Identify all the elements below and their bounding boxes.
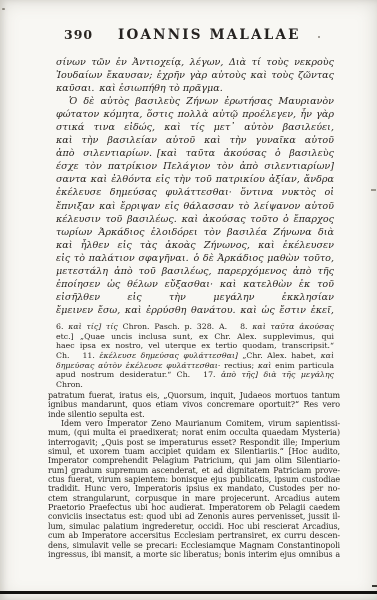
apparatus-line: Ch.11. ἐκέλευσε δημεύσας φυλάττεσθαι] „C… bbox=[56, 351, 334, 361]
text-segment: conviciis insectatus est: quod ubi ad Ze… bbox=[48, 512, 340, 521]
text-segment: simul, et uxorem tuam accipiet quidam ex… bbox=[48, 447, 340, 456]
text-segment: 17. bbox=[203, 370, 221, 379]
text-segment: φώτατον κόμητα, ὅστις πολλὰ αὐτῷ προέλεγ… bbox=[56, 109, 334, 121]
greek-line: ἀπὸ σιλεντιαρίων. [καὶ ταῦτα ἀκούσας ὁ β… bbox=[56, 147, 334, 160]
greek-line: εἰσῆλθεν εἰς τὴν μεγάλην ἐκκλησίαν Κωνστ… bbox=[56, 291, 334, 304]
text-segment: ἐκέλευσε δημεύσας φυλάττεσθαι· ὅντινα νυ… bbox=[56, 187, 334, 199]
text-segment: καὶ ἦλθεν εἰς τὰς ἀκοὰς Ζήνωνος, καὶ ἐκέ… bbox=[56, 240, 334, 252]
latin-line: ctem strangularunt, corpusque in mare pr… bbox=[48, 494, 340, 503]
text-segment: 8. bbox=[240, 322, 252, 331]
scan-speck bbox=[160, 36, 162, 38]
text-segment: ἔμεινεν ἔσω, καὶ ἐρρύσθη θανάτου. καὶ ὡς… bbox=[56, 305, 334, 317]
text-segment: enim particula bbox=[275, 361, 334, 370]
book-page: 390 IOANNIS MALALAE σίνων τῶν ἐν Ἀντιοχε… bbox=[0, 0, 377, 600]
text-segment: haec ipsa ex nostro, vel uterque ex tert… bbox=[56, 341, 334, 350]
greek-line: σίνων τῶν ἐν Ἀντιοχείᾳ, λέγων, Διὰ τί το… bbox=[56, 56, 334, 69]
text-segment: lum, simulac palatium ingrederetur, occi… bbox=[48, 522, 340, 531]
critical-apparatus-block: 6. καὶ τίς] τίς Chron. Pasch. p. 328. A.… bbox=[56, 322, 334, 390]
text-segment: ctem strangularunt, corpusque in mare pr… bbox=[48, 494, 340, 503]
text-segment: mum, (qui multa ei praedixerat; norat en… bbox=[48, 428, 340, 437]
text-segment: inde silentio sepulta est. bbox=[48, 410, 145, 419]
text-segment: ἐποίησεν ὡς θέλων εὔξασθαι· καὶ κατελθὼν… bbox=[56, 279, 334, 291]
text-segment: καὶ bbox=[321, 351, 334, 360]
latin-line: patratum fuerat, iratus eis, „Quorsum, i… bbox=[48, 391, 340, 400]
greek-line: καὶ τὴν βασιλείαν αὐτοῦ καὶ τὴν γυναῖκα … bbox=[56, 134, 334, 147]
latin-line: lum, simulac palatium ingrederetur, occi… bbox=[48, 522, 340, 531]
latin-line: dens, simulavit velle se precari: Eccles… bbox=[48, 541, 340, 550]
text-segment: 6. bbox=[56, 322, 68, 331]
greek-line: Ὁ δὲ αὐτὸς βασιλεὺς Ζήνων ἐρωτήσας Μαυρι… bbox=[56, 95, 334, 108]
text-segment: supplevimus, qui bbox=[257, 332, 334, 341]
text-segment: καῦσαι. καὶ ἐσιωπήθη τὸ πρᾶγμα. bbox=[56, 83, 223, 94]
text-segment: „Chr. Alex. habet, bbox=[242, 351, 320, 360]
text-segment: εἰσῆλθεν εἰς τὴν μεγάλην ἐκκλησίαν Κωνστ… bbox=[56, 292, 334, 304]
latin-line: inde silentio sepulta est. bbox=[48, 410, 340, 419]
text-segment: Chron. bbox=[56, 380, 83, 389]
apparatus-line: haec ipsa ex nostro, vel uterque ex tert… bbox=[56, 341, 334, 351]
apparatus-line: 6. καὶ τίς] τίς Chron. Pasch. p. 328. A.… bbox=[56, 322, 334, 332]
text-segment: interrogavit; „Quis post se imperaturus … bbox=[48, 438, 340, 447]
text-segment: rectius; bbox=[224, 361, 258, 370]
latin-line: ctus fuerat, virum sapientem: bonisque e… bbox=[48, 475, 340, 484]
text-segment: καὶ ταῦτα ἀκούσας bbox=[252, 322, 334, 331]
greek-line: ἔπνιξαν καὶ ἔρριψαν εἰς θάλασσαν τὸ λείψ… bbox=[56, 200, 334, 213]
text-segment: στικά τινα εἰδώς, καὶ τίς μετ᾽ αὐτὸν βασ… bbox=[56, 122, 334, 134]
greek-line: Ἰουδαίων ἔκαυσαν; ἐχρῆν γὰρ αὐτοὺς καὶ τ… bbox=[56, 69, 334, 82]
text-segment: Ὁ δὲ αὐτὸς βασιλεὺς Ζήνων ἐρωτήσας Μαυρι… bbox=[56, 96, 334, 108]
text-segment: Praetorio Praefectus ubi hoc audierat. I… bbox=[48, 503, 340, 512]
text-segment: σαντα καὶ ἐλθόντα εἰς τὴν τοῦ πατρικίου … bbox=[56, 174, 334, 186]
text-segment: cum ab Imperatore accersitus Ecclesiam p… bbox=[48, 531, 340, 540]
latin-line: ignibus mandarunt, quos etiam vivos conc… bbox=[48, 400, 340, 409]
text-segment: rum] gradum supremum ascenderat, et ad d… bbox=[48, 466, 340, 475]
text-segment: εἰς τὸ παλάτιον σφαγῆναι. ὁ δὲ Ἀρκάδιος … bbox=[56, 253, 334, 265]
apparatus-line: apud nostrum desideratur.“ Ch.17. ἀπὸ τῆ… bbox=[56, 370, 334, 380]
greek-line: ἔμεινεν ἔσω, καὶ ἐρρύσθη θανάτου. καὶ ὡς… bbox=[56, 304, 334, 317]
latin-line: ingressus, ibi mansit, a morte sic liber… bbox=[48, 550, 340, 559]
running-head-title: IOANNIS MALALAE bbox=[118, 27, 301, 43]
latin-line: simul, et uxorem tuam accipiet quidam ex… bbox=[48, 447, 340, 456]
greek-line: ἐποίησεν ὡς θέλων εὔξασθαι· καὶ κατελθὼν… bbox=[56, 278, 334, 291]
text-segment: έσχε τὸν πατρίκιον Πελάγιον τὸν ἀπὸ σιλε… bbox=[56, 161, 334, 173]
text-segment: ignibus mandarunt, quos etiam vivos conc… bbox=[48, 400, 340, 409]
scan-speck bbox=[318, 36, 320, 38]
greek-line: μετεστάλη ἀπὸ τοῦ βασιλέως, παρερχόμενος… bbox=[56, 265, 334, 278]
text-segment: καὶ bbox=[258, 361, 275, 370]
greek-line: Cκαὶ ἦλθεν εἰς τὰς ἀκοὰς Ζήνωνος, καὶ ἐκ… bbox=[56, 239, 334, 252]
greek-line: O 104εἰς τὸ παλάτιον σφαγῆναι. ὁ δὲ Ἀρκά… bbox=[56, 252, 334, 265]
greek-line: ἐκέλευσε δημεύσας φυλάττεσθαι· ὅντινα νυ… bbox=[56, 186, 334, 199]
text-segment: τωρίων Ἀρκάδιος ἐλοιδόρει τὸν βασιλέα Ζή… bbox=[56, 227, 334, 239]
text-segment: patratum fuerat, iratus eis, „Quorsum, i… bbox=[48, 391, 340, 400]
text-segment: καὶ τὴν βασιλείαν αὐτοῦ καὶ τὴν γυναῖκα … bbox=[56, 135, 334, 147]
scan-speck bbox=[2, 8, 5, 10]
scan-edge-mark bbox=[372, 585, 377, 587]
text-segment: Chron. Pasch. p. 328. A. bbox=[123, 322, 227, 331]
text-segment: 11. bbox=[82, 351, 99, 360]
latin-line: mum, (qui multa ei praedixerat; norat en… bbox=[48, 428, 340, 437]
text-segment: ἔπνιξαν καὶ ἔρριψαν εἰς θάλασσαν τὸ λείψ… bbox=[56, 201, 334, 213]
greek-text-block: σίνων τῶν ἐν Ἀντιοχείᾳ, λέγων, Διὰ τί το… bbox=[56, 56, 334, 317]
text-segment: dens, simulavit velle se precari: Eccles… bbox=[48, 541, 340, 550]
greek-line: έσχε τὸν πατρίκιον Πελάγιον τὸν ἀπὸ σιλε… bbox=[56, 160, 334, 173]
text-segment: Ἰουδαίων ἔκαυσαν; ἐχρῆν γὰρ αὐτοὺς καὶ τ… bbox=[56, 70, 334, 82]
latin-line: tradidit. Hunc vero, Imperatoris ipsius … bbox=[48, 484, 340, 493]
text-segment: ἀπὸ σιλεντιαρίων. [καὶ ταῦτα ἀκούσας ὁ β… bbox=[56, 148, 334, 160]
latin-line: Imperator comprehendit Pelagium Patriciu… bbox=[48, 456, 340, 465]
apparatus-line: etc.] „Quae uncis inclusa sunt, ex Chr. … bbox=[56, 332, 334, 342]
scan-edge-mark bbox=[371, 189, 376, 191]
apparatus-line: Chron. bbox=[56, 380, 334, 390]
text-segment: καὶ τίς] τίς bbox=[68, 322, 122, 331]
text-segment: σίνων τῶν ἐν Ἀντιοχείᾳ, λέγων, Διὰ τί το… bbox=[56, 57, 334, 69]
latin-translation-block: patratum fuerat, iratus eis, „Quorsum, i… bbox=[48, 391, 340, 559]
text-segment: δημεύσας αὐτὸν ἐκέλευσε φυλάττεσθαι· bbox=[56, 361, 224, 370]
latin-line: cum ab Imperatore accersitus Ecclesiam p… bbox=[48, 531, 340, 540]
text-segment: Chr. Alex. bbox=[214, 332, 256, 341]
latin-line: rum] gradum supremum ascenderat, et ad d… bbox=[48, 466, 340, 475]
text-segment: tradidit. Hunc vero, Imperatoris ipsius … bbox=[48, 484, 340, 493]
latin-line: Praetorio Praefectus ubi hoc audierat. I… bbox=[48, 503, 340, 512]
text-segment: Imperator comprehendit Pelagium Patriciu… bbox=[48, 456, 340, 465]
text-segment: etc.] „Quae uncis inclusa sunt, ex bbox=[56, 332, 214, 341]
text-segment: ingressus, ibi mansit, a morte sic liber… bbox=[48, 550, 340, 559]
latin-line: Idem vero Imperator Zeno Maurianum Comit… bbox=[48, 419, 340, 428]
page-number: 390 bbox=[64, 27, 93, 42]
latin-line: interrogavit; „Quis post se imperaturus … bbox=[48, 438, 340, 447]
text-segment: Ch. bbox=[56, 351, 69, 360]
text-segment: μετεστάλη ἀπὸ τοῦ βασιλέως, παρερχόμενος… bbox=[56, 266, 334, 278]
latin-line: conviciis insectatus est: quod ubi ad Ze… bbox=[48, 512, 340, 521]
greek-line: στικά τινα εἰδώς, καὶ τίς μετ᾽ αὐτὸν βασ… bbox=[56, 121, 334, 134]
running-head: 390 IOANNIS MALALAE bbox=[0, 27, 377, 43]
apparatus-line: δημεύσας αὐτὸν ἐκέλευσε φυλάττεσθαι· rec… bbox=[56, 361, 334, 371]
text-segment: ctus fuerat, virum sapientem: bonisque e… bbox=[48, 475, 340, 484]
text-segment: ἀπὸ τῆς] διὰ τῆς μεγάλης bbox=[221, 370, 334, 379]
greek-line: τωρίων Ἀρκάδιος ἐλοιδόρει τὸν βασιλέα Ζή… bbox=[56, 226, 334, 239]
text-segment: κέλευσιν τοῦ βασιλέως. καὶ ἀκούσας τοῦτο… bbox=[56, 214, 334, 226]
greek-line: σαντα καὶ ἐλθόντα εἰς τὴν τοῦ πατρικίου … bbox=[56, 173, 334, 186]
greek-line: κέλευσιν τοῦ βασιλέως. καὶ ἀκούσας τοῦτο… bbox=[56, 213, 334, 226]
bottom-rule bbox=[0, 591, 377, 594]
text-segment: Idem vero Imperator Zeno Maurianum Comit… bbox=[61, 419, 340, 428]
greek-line: Bκαῦσαι. καὶ ἐσιωπήθη τὸ πρᾶγμα. bbox=[56, 82, 334, 95]
greek-line: φώτατον κόμητα, ὅστις πολλὰ αὐτῷ προέλεγ… bbox=[56, 108, 334, 121]
text-segment: ἐκέλευσε δημεύσας φυλάττεσθαι] bbox=[99, 351, 242, 360]
text-segment: apud nostrum desideratur.“ Ch. bbox=[56, 370, 190, 379]
